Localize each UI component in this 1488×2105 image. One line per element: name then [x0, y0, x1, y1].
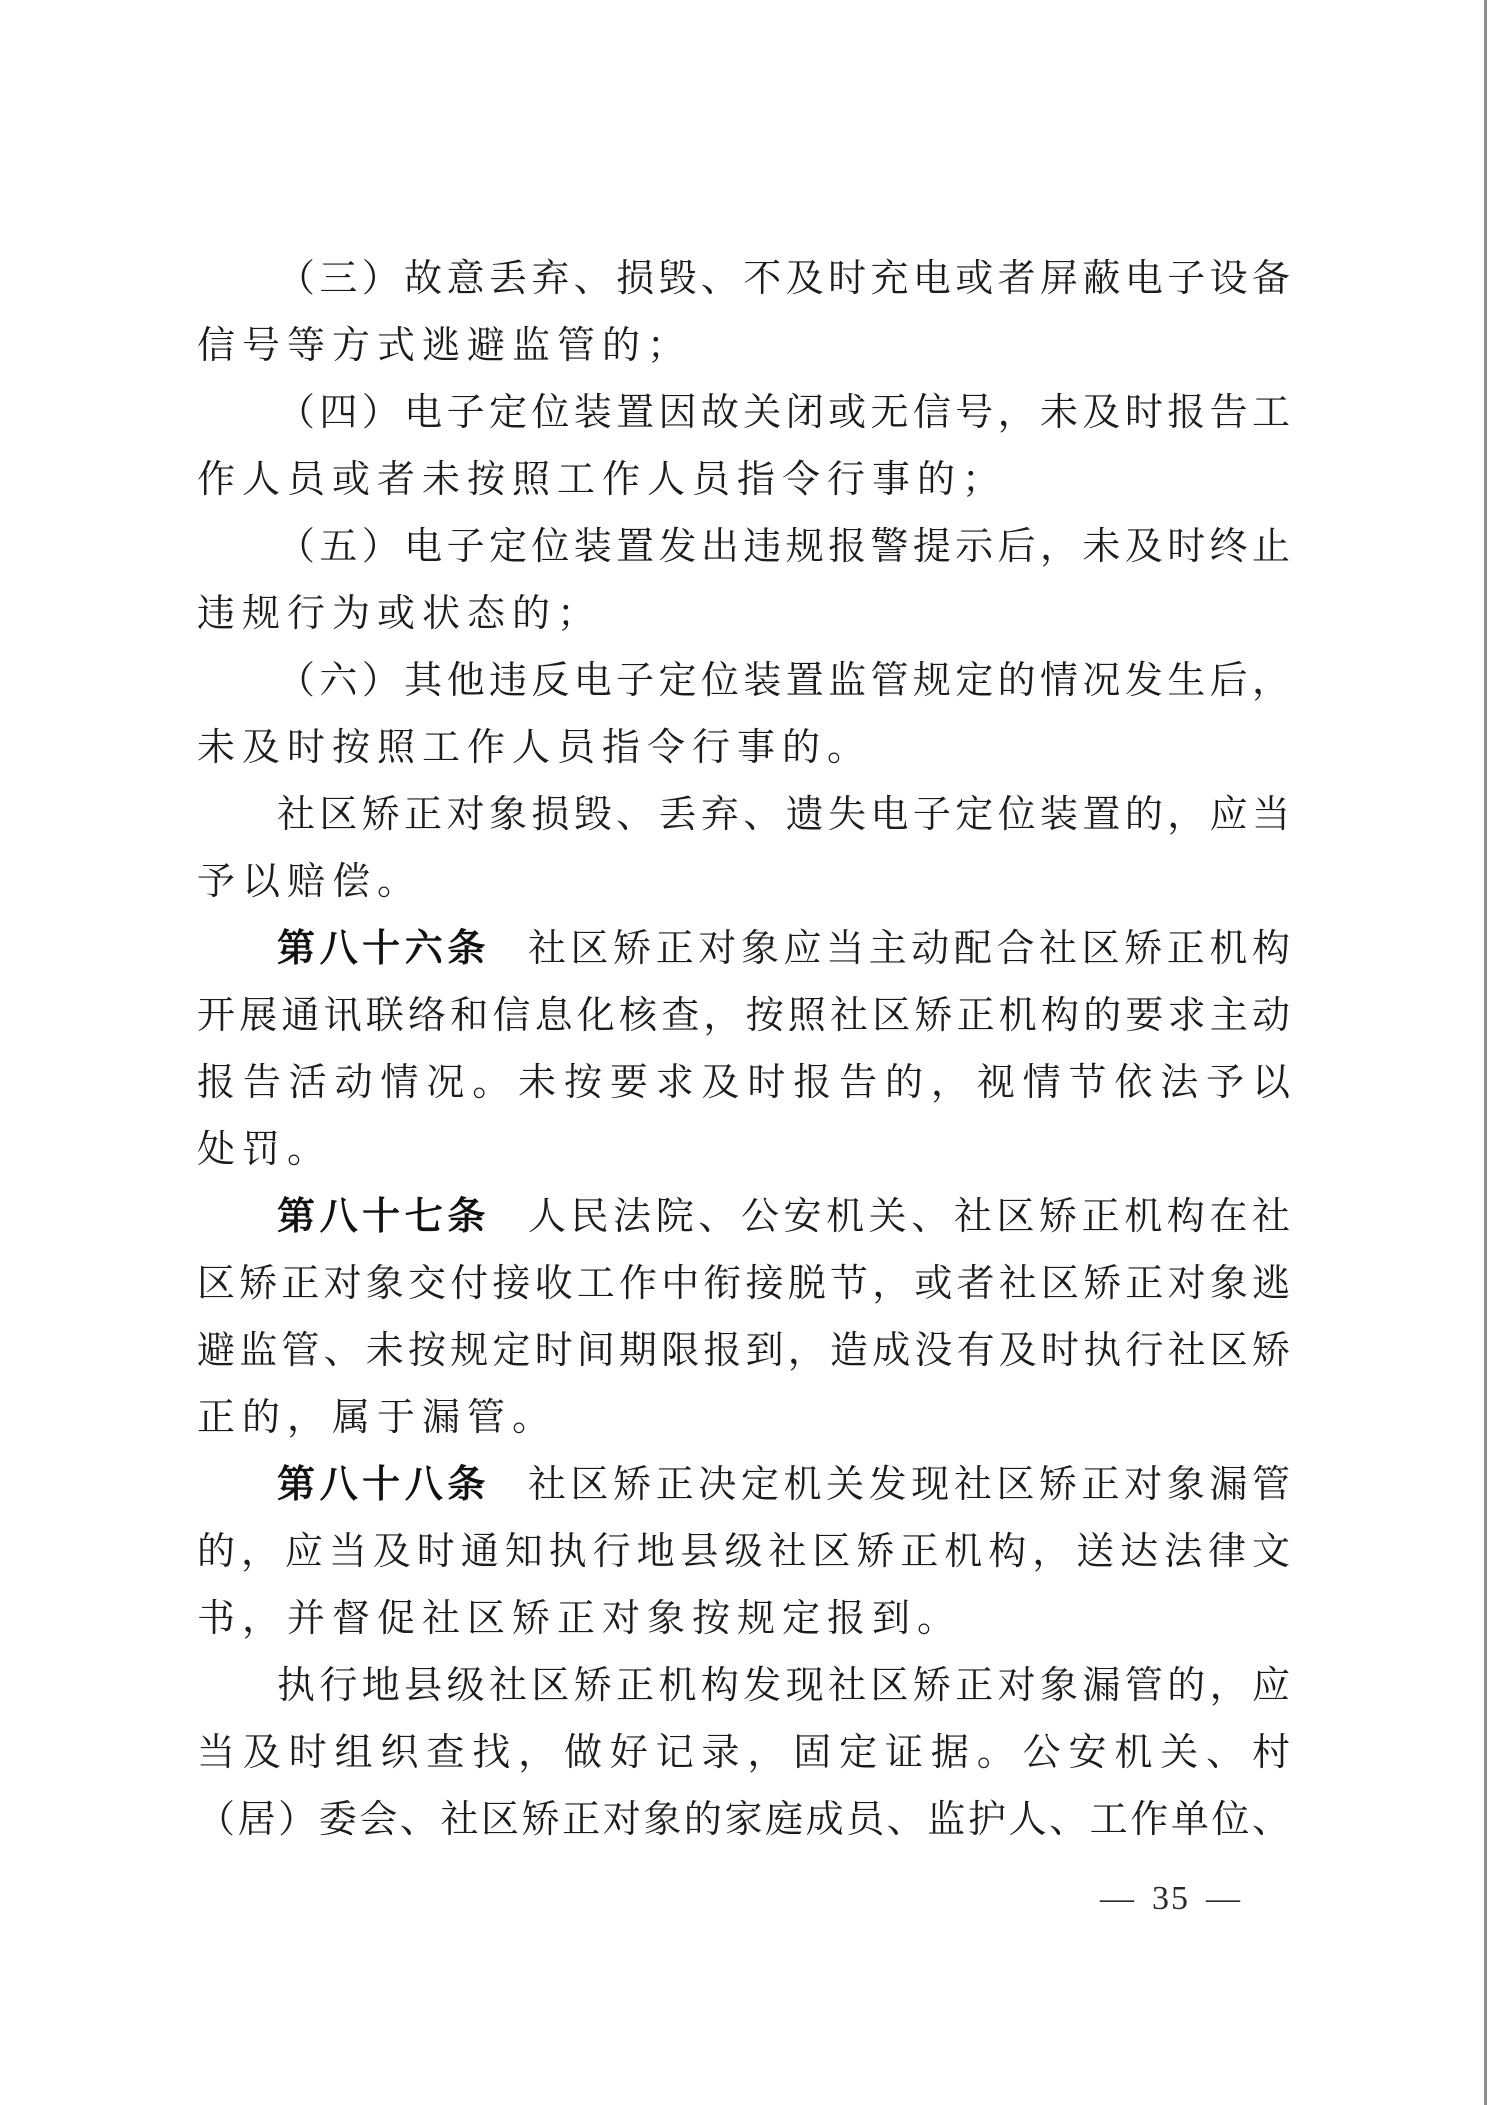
text-line: 当及时组织查找，做好记录，固定证据。公安机关、村	[197, 1720, 1292, 1787]
text-line: 书，并督促社区矫正对象按规定报到。	[197, 1586, 1292, 1653]
line-text: 开展通讯联络和信息化核查，按照社区矫正机构的要求主动	[197, 995, 1292, 1037]
line-text: 避监管、未按规定时间期限报到，造成没有及时执行社区矫	[197, 1330, 1292, 1372]
line-text: 当及时组织查找，做好记录，固定证据。公安机关、村	[197, 1732, 1292, 1774]
line-text: 区矫正对象交付接收工作中衔接脱节，或者社区矫正对象逃	[197, 1263, 1292, 1305]
line-text: 予以赔偿。	[197, 861, 422, 903]
document-page: （三）故意丢弃、损毁、不及时充电或者屏蔽电子设备信号等方式逃避监管的；（四）电子…	[0, 0, 1488, 2105]
line-text: 执行地县级社区矫正机构发现社区矫正对象漏管的，应	[277, 1665, 1292, 1707]
text-line: 予以赔偿。	[197, 849, 1292, 916]
article-number: 第八十六条	[277, 928, 490, 970]
line-text: 报告活动情况。未按要求及时报告的，视情节依法予以	[197, 1062, 1292, 1104]
article-number: 第八十七条	[277, 1196, 490, 1238]
line-text: 社区矫正对象应当主动配合社区矫正机构	[528, 928, 1292, 970]
line-text: 作人员或者未按照工作人员指令行事的；	[197, 459, 1007, 501]
text-line: 处罚。	[197, 1117, 1292, 1184]
text-line: 作人员或者未按照工作人员指令行事的；	[197, 447, 1292, 514]
line-text: 社区矫正决定机关发现社区矫正对象漏管	[528, 1464, 1292, 1506]
article-number: 第八十八条	[277, 1464, 490, 1506]
line-text: （三）故意丢弃、损毁、不及时充电或者屏蔽电子设备	[277, 258, 1292, 300]
document-body: （三）故意丢弃、损毁、不及时充电或者屏蔽电子设备信号等方式逃避监管的；（四）电子…	[197, 246, 1292, 1854]
line-text: 未及时按照工作人员指令行事的。	[197, 727, 872, 769]
text-line: （四）电子定位装置因故关闭或无信号，未及时报告工	[197, 380, 1292, 447]
line-text: （居）委会、社区矫正对象的家庭成员、监护人、工作单位、	[197, 1799, 1292, 1841]
line-text: 书，并督促社区矫正对象按规定报到。	[197, 1598, 962, 1640]
page-number-left-dash: —	[1100, 1880, 1136, 1917]
line-text: 社区矫正对象损毁、丢弃、遗失电子定位装置的，应当	[277, 794, 1292, 836]
line-text: 信号等方式逃避监管的；	[197, 325, 692, 367]
text-line: 未及时按照工作人员指令行事的。	[197, 715, 1292, 782]
text-line: 第八十六条社区矫正对象应当主动配合社区矫正机构	[197, 916, 1292, 983]
line-text: 正的，属于漏管。	[197, 1397, 557, 1439]
text-line: （六）其他违反电子定位装置监管规定的情况发生后，	[197, 648, 1292, 715]
page-edge-line	[1484, 0, 1487, 2105]
text-line: （五）电子定位装置发出违规报警提示后，未及时终止	[197, 514, 1292, 581]
line-text: 违规行为或状态的；	[197, 593, 602, 635]
page-number: —35—	[1100, 1876, 1242, 1922]
line-text: （六）其他违反电子定位装置监管规定的情况发生后，	[277, 660, 1292, 702]
line-text: 处罚。	[197, 1129, 332, 1171]
text-line: 避监管、未按规定时间期限报到，造成没有及时执行社区矫	[197, 1318, 1292, 1385]
page-number-right-dash: —	[1206, 1880, 1242, 1917]
text-line: 正的，属于漏管。	[197, 1385, 1292, 1452]
text-line: 信号等方式逃避监管的；	[197, 313, 1292, 380]
text-line: （三）故意丢弃、损毁、不及时充电或者屏蔽电子设备	[197, 246, 1292, 313]
line-text: 的，应当及时通知执行地县级社区矫正机构，送达法律文	[197, 1531, 1292, 1573]
text-line: 报告活动情况。未按要求及时报告的，视情节依法予以	[197, 1050, 1292, 1117]
text-line: 第八十八条社区矫正决定机关发现社区矫正对象漏管	[197, 1452, 1292, 1519]
line-text: 人民法院、公安机关、社区矫正机构在社	[528, 1196, 1292, 1238]
text-line: 区矫正对象交付接收工作中衔接脱节，或者社区矫正对象逃	[197, 1251, 1292, 1318]
line-text: （四）电子定位装置因故关闭或无信号，未及时报告工	[277, 392, 1292, 434]
text-line: 第八十七条人民法院、公安机关、社区矫正机构在社	[197, 1184, 1292, 1251]
text-line: 社区矫正对象损毁、丢弃、遗失电子定位装置的，应当	[197, 782, 1292, 849]
text-line: 违规行为或状态的；	[197, 581, 1292, 648]
text-line: 执行地县级社区矫正机构发现社区矫正对象漏管的，应	[197, 1653, 1292, 1720]
text-line: （居）委会、社区矫正对象的家庭成员、监护人、工作单位、	[197, 1787, 1292, 1854]
text-line: 的，应当及时通知执行地县级社区矫正机构，送达法律文	[197, 1519, 1292, 1586]
line-text: （五）电子定位装置发出违规报警提示后，未及时终止	[277, 526, 1292, 568]
page-number-value: 35	[1152, 1880, 1190, 1917]
text-line: 开展通讯联络和信息化核查，按照社区矫正机构的要求主动	[197, 983, 1292, 1050]
